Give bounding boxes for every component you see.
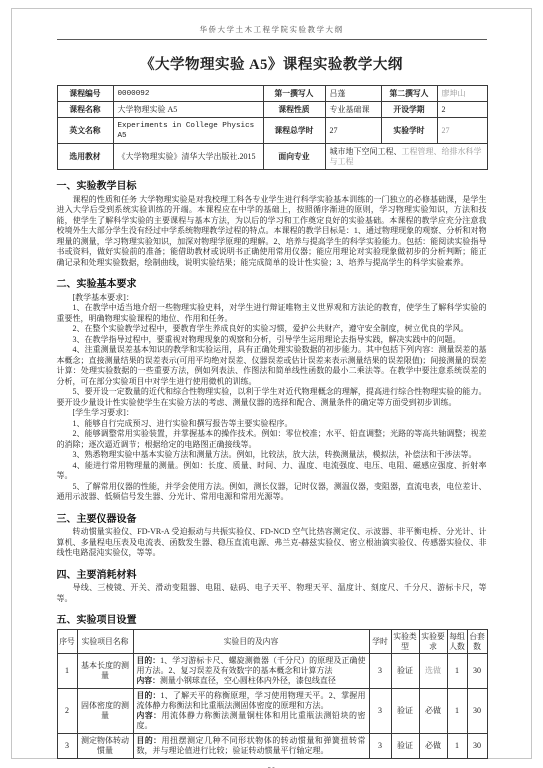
experiment-project-table: 序号 实验项目名称 实验目的及内容 学时 实验类型 实验要求 每组人数 台套数 … (57, 629, 488, 759)
section-2-item: 1、在教学中适当地介绍一些物理实验史料，对学生进行辩证唯物主义世界观和方法论的教… (57, 303, 487, 324)
project-name: 固体密度的测量 (77, 689, 133, 734)
row-no: 2 (57, 689, 77, 734)
textbook-value: 《大学物理实验》清华大学出版社.2015 (113, 144, 263, 170)
purpose-text: 1、了解天平的称衡原理，学习使用物理天平。2、掌握用流体静力称衡法和比重瓶法测固… (137, 691, 366, 710)
course-name-value: 大学物理实验 A5 (113, 102, 263, 118)
col-header-name: 实验项目名称 (77, 630, 133, 654)
section-2-item: 2、在整个实验教学过程中，要教育学生养成良好的实验习惯，爱护公共财产，遵守安全制… (57, 324, 487, 335)
section-2-item: [学生学习要求]： (57, 408, 487, 419)
section-2-item: 3、熟悉物理实验中基本实验方法和测量方法。例如，比较法，放大法，转换测量法，模拟… (57, 450, 487, 461)
row-requirement: 必做 (419, 689, 447, 734)
row-group-size: 1 (447, 654, 467, 689)
section-3-paragraph: 转动惯量实验仪、FD-VR-A 受迫振动与共振实验仪、FD-NCD 空气比热容测… (57, 527, 487, 559)
col-header-group-size: 每组人数 (447, 630, 467, 654)
purpose-text: 用扭摆测定几种不同形状物体的转动惯量和弹簧扭转常数，并与理论值进行比较；验证转动… (137, 736, 366, 755)
row-type: 验证 (391, 654, 419, 689)
english-name-label: 英文名称 (57, 118, 113, 144)
exp-hours-label: 实验学时 (381, 118, 437, 144)
project-purpose-content: 目的：1、学习游标卡尺、螺旋测微器（千分尺）的原理及正确使用方法。2、复习误差及… (133, 654, 369, 689)
course-info-table: 课程编号 0000092 第一撰写人 吕蓬 第二撰写人 廖坤山 课程名称 大学物… (57, 85, 488, 170)
section-2-item: 5、要开设一定数量的近代和综合性物理实验，以利于学生对近代物理概念的理解，提高进… (57, 387, 487, 408)
section-3-heading: 三、主要仪器设备 (57, 510, 487, 525)
col-header-no: 序号 (57, 630, 77, 654)
content-text: 用流体静力称衡法测量铜柱体和用比重瓶法测铅块的密度。 (137, 711, 366, 730)
table-row: 课程编号 0000092 第一撰写人 吕蓬 第二撰写人 廖坤山 (57, 86, 487, 102)
page-title: 《大学物理实验 A5》课程实验教学大纲 (57, 53, 487, 74)
table-row: 1 基本长度的测量 目的：1、学习游标卡尺、螺旋测微器（千分尺）的原理及正确使用… (57, 654, 487, 689)
section-2-item: 4、注重测量误差基本知识的教学和实验运用，具有正确处理实验数据的初步能力。其中包… (57, 345, 487, 387)
table-row: 英文名称 Experiments in College Physics A5 课… (57, 118, 487, 144)
row-sets: 30 (467, 654, 487, 689)
table-header-row: 序号 实验项目名称 实验目的及内容 学时 实验类型 实验要求 每组人数 台套数 (57, 630, 487, 654)
major-label: 面向专业 (263, 144, 325, 170)
writer2-value: 廖坤山 (437, 86, 487, 102)
writer1-label: 第一撰写人 (263, 86, 325, 102)
row-no: 1 (57, 654, 77, 689)
course-no-label: 课程编号 (57, 86, 113, 102)
textbook-label: 选用教材 (57, 144, 113, 170)
course-name-label: 课程名称 (57, 102, 113, 118)
project-name: 基本长度的测量 (77, 654, 133, 689)
semester-value: 2 (437, 102, 487, 118)
section-4-paragraph: 导线、三棱镜、开关、滑动变阻器、电阻、砝码、电子天平、物理天平、温度计、刻度尺、… (57, 583, 487, 604)
content-text: 测量小钢球直径，空心圆柱体内外径，漆包线直径 (160, 676, 336, 685)
row-sets: 30 (467, 689, 487, 734)
purpose-label: 目的： (137, 656, 161, 665)
project-purpose-content: 目的：1、了解天平的称衡原理，学习使用物理天平。2、掌握用流体静力称衡法和比重瓶… (133, 689, 369, 734)
course-no-value: 0000092 (113, 86, 263, 102)
section-2-heading: 二、实验基本要求 (57, 275, 487, 290)
section-1-paragraph: 课程的性质和任务 大学物理实验是对我校理工科各专业学生进行科学实验基本训练的一门… (57, 195, 487, 269)
content-label: 内容： (137, 711, 162, 720)
row-requirement: 选做 (419, 654, 447, 689)
row-group-size: 1 (447, 689, 467, 734)
purpose-label: 目的： (137, 691, 161, 700)
major-main-text: 城市地下空间工程、 (330, 147, 402, 156)
section-2-item: 3、在教学指导过程中，要重视对物理现象的观察和分析，引导学生运用理论去指导实践，… (57, 335, 487, 346)
project-purpose-content: 目的：用扭摆测定几种不同形状物体的转动惯量和弹簧扭转常数，并与理论值进行比较；验… (133, 734, 369, 759)
row-group-size: 1 (447, 734, 467, 759)
row-hours: 3 (369, 654, 391, 689)
section-5-heading: 五、实验项目设置 (57, 611, 487, 626)
col-header-sets: 台套数 (467, 630, 487, 654)
col-header-purpose: 实验目的及内容 (133, 630, 369, 654)
running-header: 华侨大学土木工程学院实验教学大纲 (57, 24, 487, 40)
section-2-item: 1、能够自行完成预习、进行实验和撰写报告等主要实验程序。 (57, 419, 487, 430)
purpose-text: 1、学习游标卡尺、螺旋测微器（千分尺）的原理及正确使用方法。2、复习误差及有效数… (137, 656, 366, 675)
section-2-item: 2、能够调整常用实验装置，并掌握基本的操作技术。例如：零位校准；水平、铅直调整；… (57, 429, 487, 450)
nature-value: 专业基础课 (325, 102, 381, 118)
row-hours: 3 (369, 734, 391, 759)
col-header-hours: 学时 (369, 630, 391, 654)
total-hours-value: 27 (325, 118, 381, 144)
writer2-label: 第二撰写人 (381, 86, 437, 102)
content-label: 内容： (137, 676, 160, 685)
total-hours-label: 课程总学时 (263, 118, 325, 144)
section-4-heading: 四、主要消耗材料 (57, 566, 487, 581)
table-row: 选用教材 《大学物理实验》清华大学出版社.2015 面向专业 城市地下空间工程、… (57, 144, 487, 170)
exp-hours-value: 27 (437, 118, 487, 144)
document-page: 华侨大学土木工程学院实验教学大纲 《大学物理实验 A5》课程实验教学大纲 课程编… (57, 0, 487, 768)
nature-label: 课程性质 (263, 102, 325, 118)
row-type: 验证 (391, 734, 419, 759)
row-type: 验证 (391, 689, 419, 734)
purpose-label: 目的： (137, 736, 162, 745)
table-row: 课程名称 大学物理实验 A5 课程性质 专业基础课 开设学期 2 (57, 102, 487, 118)
col-header-requirement: 实验要求 (419, 630, 447, 654)
section-2-item: 5、了解常用仪器的性能，并学会使用方法。例如，测长仪器，记时仪器，测温仪器，变阻… (57, 482, 487, 503)
project-name: 测定物体转动惯量 (77, 734, 133, 759)
major-value: 城市地下空间工程、工程管理、给排水科学与工程 (325, 144, 487, 170)
col-header-type: 实验类型 (391, 630, 419, 654)
section-2-item: 4、能进行常用物理量的测量。例如：长度、质量、时间、力、温度、电流强度、电压、电… (57, 461, 487, 482)
section-1-heading: 一、实验教学目标 (57, 177, 487, 192)
semester-label: 开设学期 (381, 102, 437, 118)
row-hours: 3 (369, 689, 391, 734)
row-sets: 30 (467, 734, 487, 759)
section-2-item: [教学基本要求]： (57, 293, 487, 304)
row-requirement: 必做 (419, 734, 447, 759)
english-name-value: Experiments in College Physics A5 (113, 118, 263, 144)
table-row: 3 测定物体转动惯量 目的：用扭摆测定几种不同形状物体的转动惯量和弹簧扭转常数，… (57, 734, 487, 759)
writer1-value: 吕蓬 (325, 86, 381, 102)
row-no: 3 (57, 734, 77, 759)
table-row: 2 固体密度的测量 目的：1、了解天平的称衡原理，学习使用物理天平。2、掌握用流… (57, 689, 487, 734)
